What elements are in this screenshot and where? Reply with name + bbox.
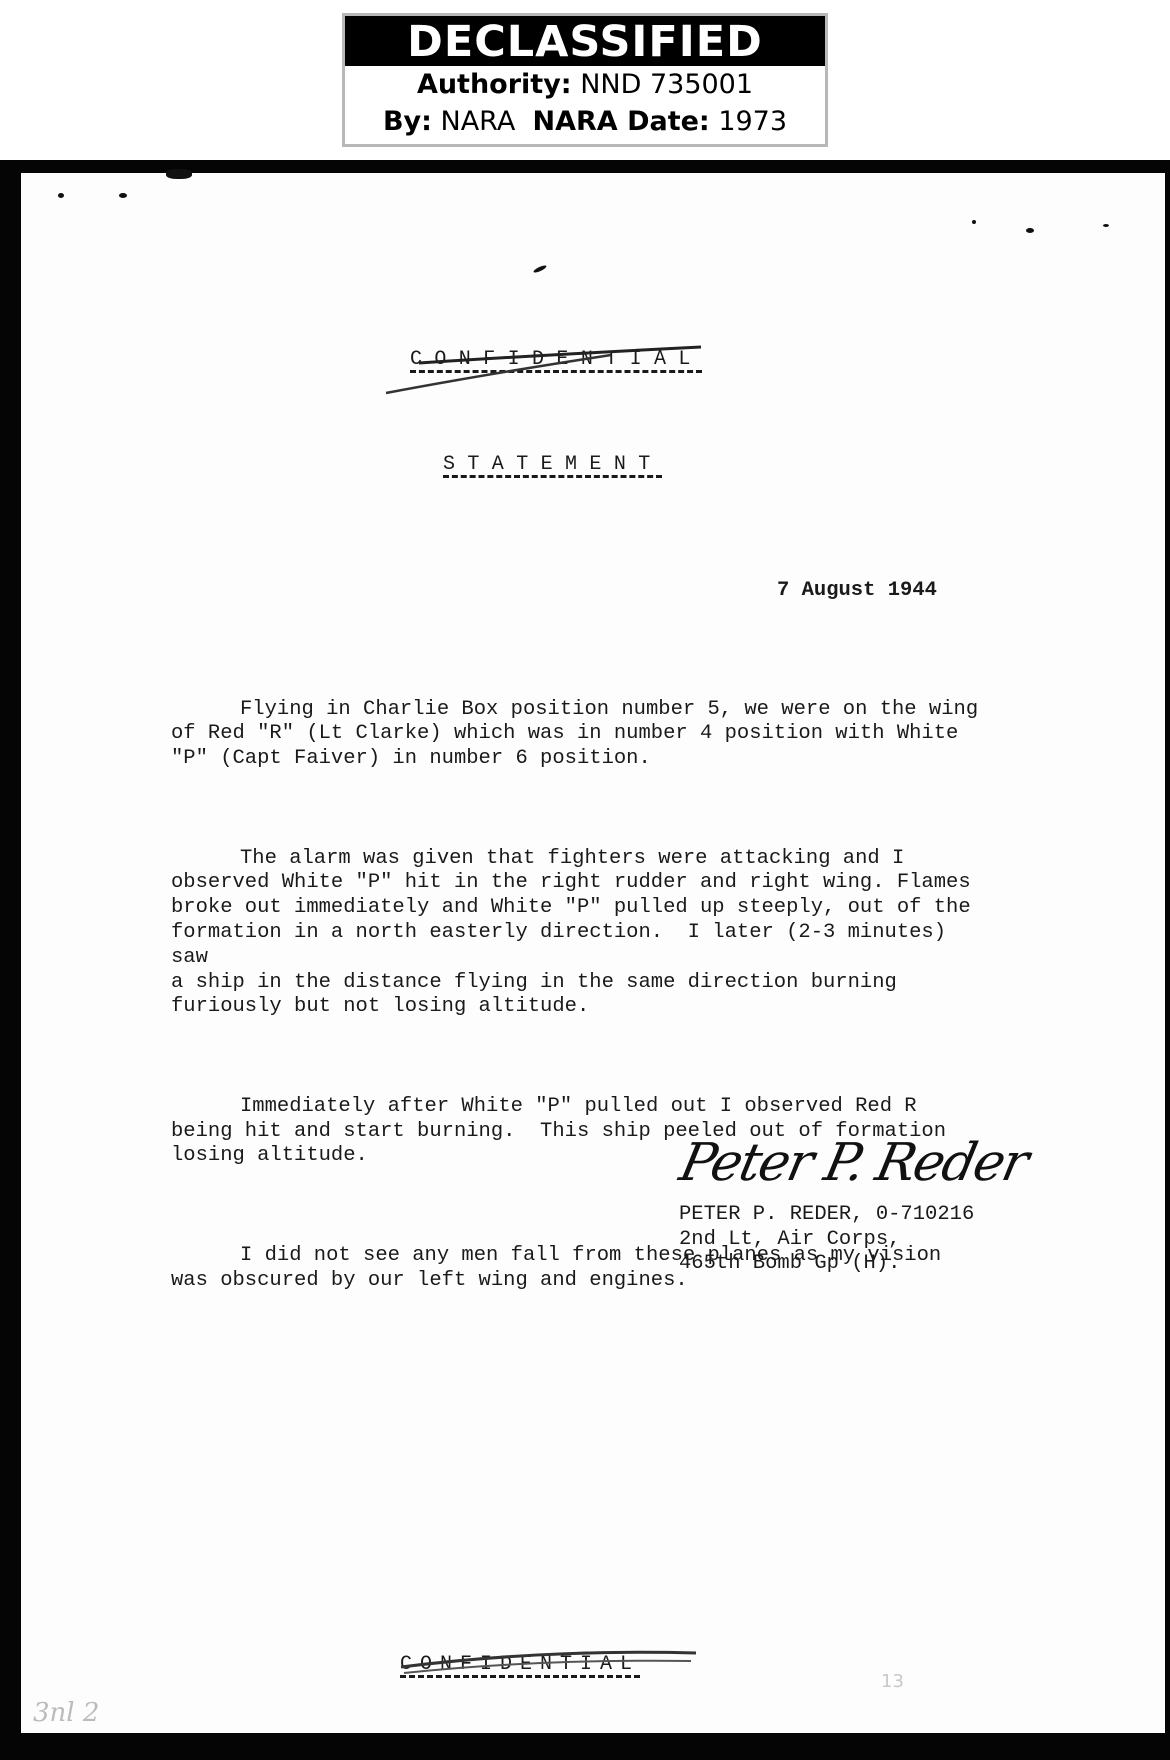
stamp-title: DECLASSIFIED	[345, 16, 825, 66]
scan-speck	[58, 193, 64, 198]
handwritten-signature: Peter P. Reder	[675, 1133, 1033, 1193]
stamp-authority-line: Authority: NND 735001	[345, 66, 825, 103]
stamp-by-value: NARA	[441, 106, 516, 137]
signer-unit: 465th Bomb Gp (H).	[679, 1252, 974, 1277]
document-page: CONFIDENTIAL STATEMENT 7 August 1944 Fly…	[21, 173, 1165, 1733]
scanned-page-frame: CONFIDENTIAL STATEMENT 7 August 1944 Fly…	[0, 160, 1170, 1760]
stamp-authority-value: NND 735001	[580, 69, 753, 100]
stamp-date-value: 1973	[718, 106, 787, 137]
scan-speck	[1026, 228, 1034, 233]
scan-speck	[119, 193, 127, 198]
scan-speck	[166, 169, 192, 179]
classification-footer: CONFIDENTIAL	[400, 1653, 640, 1676]
paragraph-2: The alarm was given that fighters were a…	[171, 847, 991, 1021]
document-date: 7 August 1944	[777, 579, 937, 602]
document-title: STATEMENT	[443, 453, 663, 476]
page-mark: 13	[881, 1671, 904, 1692]
handwritten-note: 3nl 2	[33, 1698, 99, 1728]
stamp-by-label: By:	[383, 106, 432, 137]
scan-speck	[533, 264, 547, 274]
scan-speck	[1103, 224, 1109, 227]
stamp-by-line: By: NARA NARA Date: 1973	[345, 103, 825, 140]
stamp-date-label: NARA Date:	[533, 106, 710, 137]
declassified-stamp: DECLASSIFIED Authority: NND 735001 By: N…	[342, 13, 828, 147]
scan-speck	[972, 220, 976, 224]
signer-rank: 2nd Lt, Air Corps,	[679, 1228, 974, 1253]
classification-header: CONFIDENTIAL	[410, 348, 703, 371]
paragraph-1: Flying in Charlie Box position number 5,…	[171, 698, 991, 772]
signer-name: PETER P. REDER, 0-710216	[679, 1203, 974, 1228]
stamp-authority-label: Authority:	[417, 69, 572, 100]
signature-block: PETER P. REDER, 0-7102162nd Lt, Air Corp…	[679, 1203, 974, 1277]
